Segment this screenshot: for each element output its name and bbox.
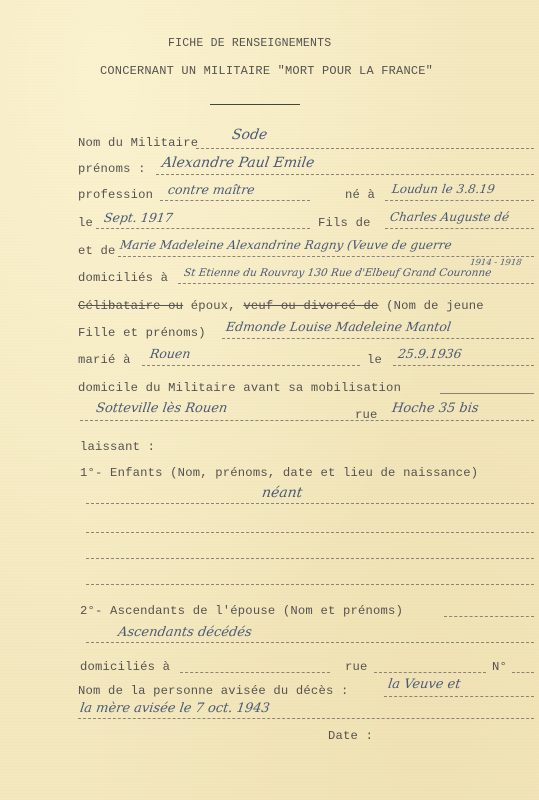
domicile-ville-value: Sotteville lès Rouen xyxy=(95,402,228,416)
form-title: FICHE DE RENSEIGNEMENTS xyxy=(168,37,331,51)
le-value: Sept. 1917 xyxy=(103,211,174,225)
prenoms-label: prénoms : xyxy=(78,162,146,176)
prenoms-value: Alexandre Paul Emile xyxy=(161,156,315,170)
enfants-line-3 xyxy=(86,558,534,559)
situation-line: Célibataire ou époux, veuf ou divorcé de… xyxy=(78,299,484,313)
nom-label: Nom du Militaire xyxy=(78,136,198,150)
title-underline xyxy=(210,104,300,105)
et-de-label: et de xyxy=(78,244,116,258)
et-de-value: Marie Madeleine Alexandrine Ragny (Veuve… xyxy=(119,238,453,252)
profession-value: contre maître xyxy=(167,183,256,197)
marie-a-label: marié à xyxy=(78,353,131,367)
profession-label: profession xyxy=(78,188,153,202)
asc-rue-line xyxy=(374,672,486,673)
jeune-fille-value: Edmonde Louise Madeleine Mantol xyxy=(225,320,452,334)
personne-avisee-line-1 xyxy=(384,696,534,697)
personne-avisee-value-2: la mère avisée le 7 oct. 1943 xyxy=(79,702,271,716)
laissant-label: laissant : xyxy=(80,440,155,454)
ne-a-value: Loudun le 3.8.19 xyxy=(391,182,496,196)
ascendants-label: 2°- Ascendants de l'épouse (Nom et préno… xyxy=(80,604,403,618)
marie-le-line xyxy=(393,365,534,366)
marie-a-line xyxy=(142,365,360,366)
asc-no-label: N° xyxy=(492,660,507,674)
nom-value: Sode xyxy=(231,128,268,142)
nom-line xyxy=(196,148,534,149)
domicilies-line xyxy=(178,283,534,284)
fils-de-value: Charles Auguste dé xyxy=(389,210,510,224)
marie-le-value: 25.9.1936 xyxy=(397,347,463,361)
marie-le-label: le xyxy=(367,353,382,367)
jeune-fille-line xyxy=(222,338,534,339)
enfants-line-2 xyxy=(86,532,534,533)
asc-rue-label: rue xyxy=(345,660,368,674)
situation-label-rest: (Nom de jeune xyxy=(386,299,484,313)
ne-a-label: né à xyxy=(345,188,375,202)
fils-de-line xyxy=(385,228,534,229)
personne-avisee-label: Nom de la personne avisée du décès : xyxy=(78,684,349,698)
domicile-militaire-line xyxy=(440,393,534,394)
date-label: Date : xyxy=(328,729,373,743)
enfants-value: néant xyxy=(261,486,303,500)
personne-avisee-value-1: la Veuve et xyxy=(387,678,461,692)
le-label: le xyxy=(78,216,93,230)
situation-epoux: époux, xyxy=(191,299,236,313)
jeune-fille-label: Fille et prénoms) xyxy=(78,326,206,340)
domicile-militaire-label: domicile du Militaire avant sa mobilisat… xyxy=(78,381,401,395)
asc-domicilies-label: domiciliés à xyxy=(80,660,170,674)
prenoms-line xyxy=(156,174,534,175)
fils-de-label: Fils de xyxy=(318,216,371,230)
asc-domicilies-line xyxy=(180,672,330,673)
form-subtitle: CONCERNANT UN MILITAIRE "MORT POUR LA FR… xyxy=(100,64,433,78)
situation-struck-veuf: veuf ou divorcé de xyxy=(243,299,378,313)
asc-no-line xyxy=(512,672,534,673)
domicilies-value: St Etienne du Rouvray 130 Rue d'Elbeuf G… xyxy=(183,266,492,280)
situation-struck-celibataire: Célibataire ou xyxy=(78,299,183,313)
ascendants-line-2 xyxy=(86,642,534,643)
domicile-rue-label: rue xyxy=(355,408,378,422)
domicilies-label: domiciliés à xyxy=(78,271,168,285)
enfants-line-4 xyxy=(86,584,534,585)
personne-avisee-line-2 xyxy=(78,718,534,719)
ne-a-line xyxy=(385,200,534,201)
domicile-militaire-line-2 xyxy=(80,420,534,421)
marie-a-value: Rouen xyxy=(149,347,191,361)
le-line xyxy=(96,228,310,229)
domicile-rue-value: Hoche 35 bis xyxy=(391,402,479,416)
ascendants-line-1 xyxy=(444,616,534,617)
enfants-label: 1°- Enfants (Nom, prénoms, date et lieu … xyxy=(80,466,478,480)
profession-line xyxy=(160,200,310,201)
ascendants-value: Ascendants décédés xyxy=(117,626,253,640)
form-page: FICHE DE RENSEIGNEMENTS CONCERNANT UN MI… xyxy=(0,0,539,800)
enfants-line-1 xyxy=(86,503,534,504)
